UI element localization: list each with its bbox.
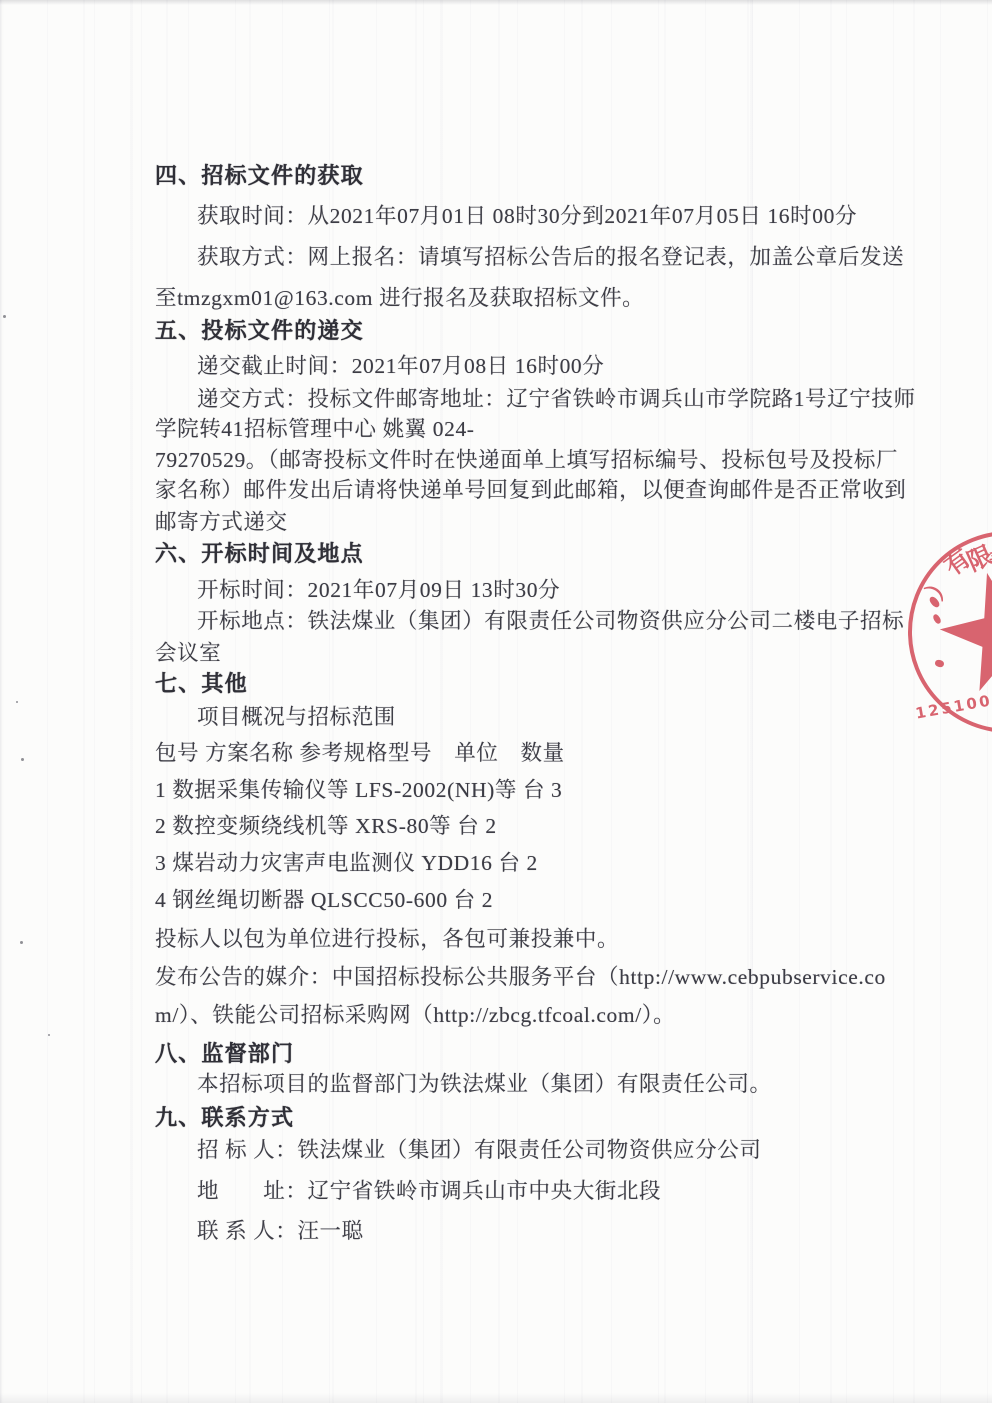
phone-note-line: 79270529。（邮寄投标文件时在快递面单上填写招标编号、投标包号及投标厂 bbox=[155, 447, 898, 473]
deadline-line: 递交截止时间：2021年07月08日 16时00分 bbox=[197, 353, 604, 379]
contact-line: 联 系 人：汪一聪 bbox=[197, 1218, 364, 1244]
seal-ink-fragment bbox=[932, 613, 942, 625]
package-4-line: 4 钢丝绳切断器 QLSCC50-600 台 2 bbox=[155, 887, 493, 913]
open-time-line: 开标时间：2021年07月09日 13时30分 bbox=[197, 577, 560, 603]
scan-speck bbox=[16, 701, 18, 703]
scanned-document-page: 四、招标文件的获取获取时间：从2021年07月01日 08时30分到2021年0… bbox=[0, 0, 992, 1403]
acquire-time-line: 获取时间：从2021年07月01日 08时30分到2021年07月05日 16时… bbox=[197, 203, 857, 229]
address-line: 地 址：辽宁省铁岭市调兵山市中央大街北段 bbox=[197, 1178, 661, 1204]
submit-address-line: 学院转41招标管理中心 姚翼 024- bbox=[155, 416, 475, 442]
section-8-heading: 八、监督部门 bbox=[155, 1041, 294, 1067]
seal-arc-char: 限 bbox=[961, 535, 992, 578]
seal-arc-char: 责 bbox=[986, 539, 992, 579]
bid-rule-line: 投标人以包为单位进行投标，各包可兼投兼中。 bbox=[155, 926, 619, 952]
section-5-heading: 五、投标文件的递交 bbox=[155, 318, 364, 344]
submit-method-line: 递交方式：投标文件邮寄地址：辽宁省铁岭市调兵山市学院路1号辽宁技师 bbox=[197, 386, 916, 412]
media-line-2: m/）、铁能公司招标采购网（http://zbcg.tfcoal.com/）。 bbox=[155, 1002, 675, 1028]
section-9-heading: 九、联系方式 bbox=[155, 1105, 294, 1131]
package-1-line: 1 数据采集传输仪等 LFS-2002(NH)等 台 3 bbox=[155, 777, 562, 803]
scan-speck bbox=[21, 758, 24, 761]
acquire-method-line: 获取方式：网上报名：请填写招标公告后的报名登记表，加盖公章后发送 bbox=[197, 244, 904, 270]
seal-ink-fragment bbox=[928, 595, 941, 609]
scan-speck bbox=[48, 1034, 50, 1036]
section-4-heading: 四、招标文件的获取 bbox=[155, 163, 364, 189]
seal-arc-char: ） bbox=[917, 566, 959, 606]
seal-ring bbox=[908, 531, 992, 733]
section-7-heading: 七、其他 bbox=[155, 671, 248, 697]
package-3-line: 3 煤岩动力灾害声电监测仪 YDD16 台 2 bbox=[155, 850, 538, 876]
seal-arc-char: 有 bbox=[936, 539, 977, 583]
seal-star-icon bbox=[927, 558, 992, 708]
open-place-line: 开标地点：铁法煤业（集团）有限责任公司物资供应分公司二楼电子招标 bbox=[197, 608, 904, 634]
table-header-line: 包号 方案名称 参考规格型号 单位 数量 bbox=[155, 740, 565, 766]
scan-speck bbox=[3, 315, 6, 318]
scan-speck bbox=[20, 941, 23, 944]
media-line-1: 发布公告的媒介：中国招标投标公共服务平台（http://www.cebpubse… bbox=[155, 964, 886, 990]
mail-mode-line: 邮寄方式递交 bbox=[155, 509, 288, 535]
seal-ink-fragment bbox=[934, 659, 945, 668]
seal-code: 125100 bbox=[914, 691, 992, 722]
company-seal-stamp: 125100 ）有限责 bbox=[885, 528, 992, 750]
mail-note-line: 家名称）邮件发出后请将快递单号回复到此邮箱，以便查询邮件是否正常收到 bbox=[155, 477, 906, 503]
package-2-line: 2 数控变频绕线机等 XRS-80等 台 2 bbox=[155, 813, 497, 839]
section-6-heading: 六、开标时间及地点 bbox=[155, 541, 364, 567]
supervisor-line: 本招标项目的监督部门为铁法煤业（集团）有限责任公司。 bbox=[197, 1071, 772, 1097]
acquire-email-line: 至tmzgxm01@163.com 进行报名及获取招标文件。 bbox=[155, 285, 644, 311]
scope-title-line: 项目概况与招标范围 bbox=[197, 704, 396, 730]
open-place-line-2: 会议室 bbox=[155, 640, 221, 666]
tenderer-line: 招 标 人：铁法煤业（集团）有限责任公司物资供应分公司 bbox=[197, 1137, 761, 1163]
